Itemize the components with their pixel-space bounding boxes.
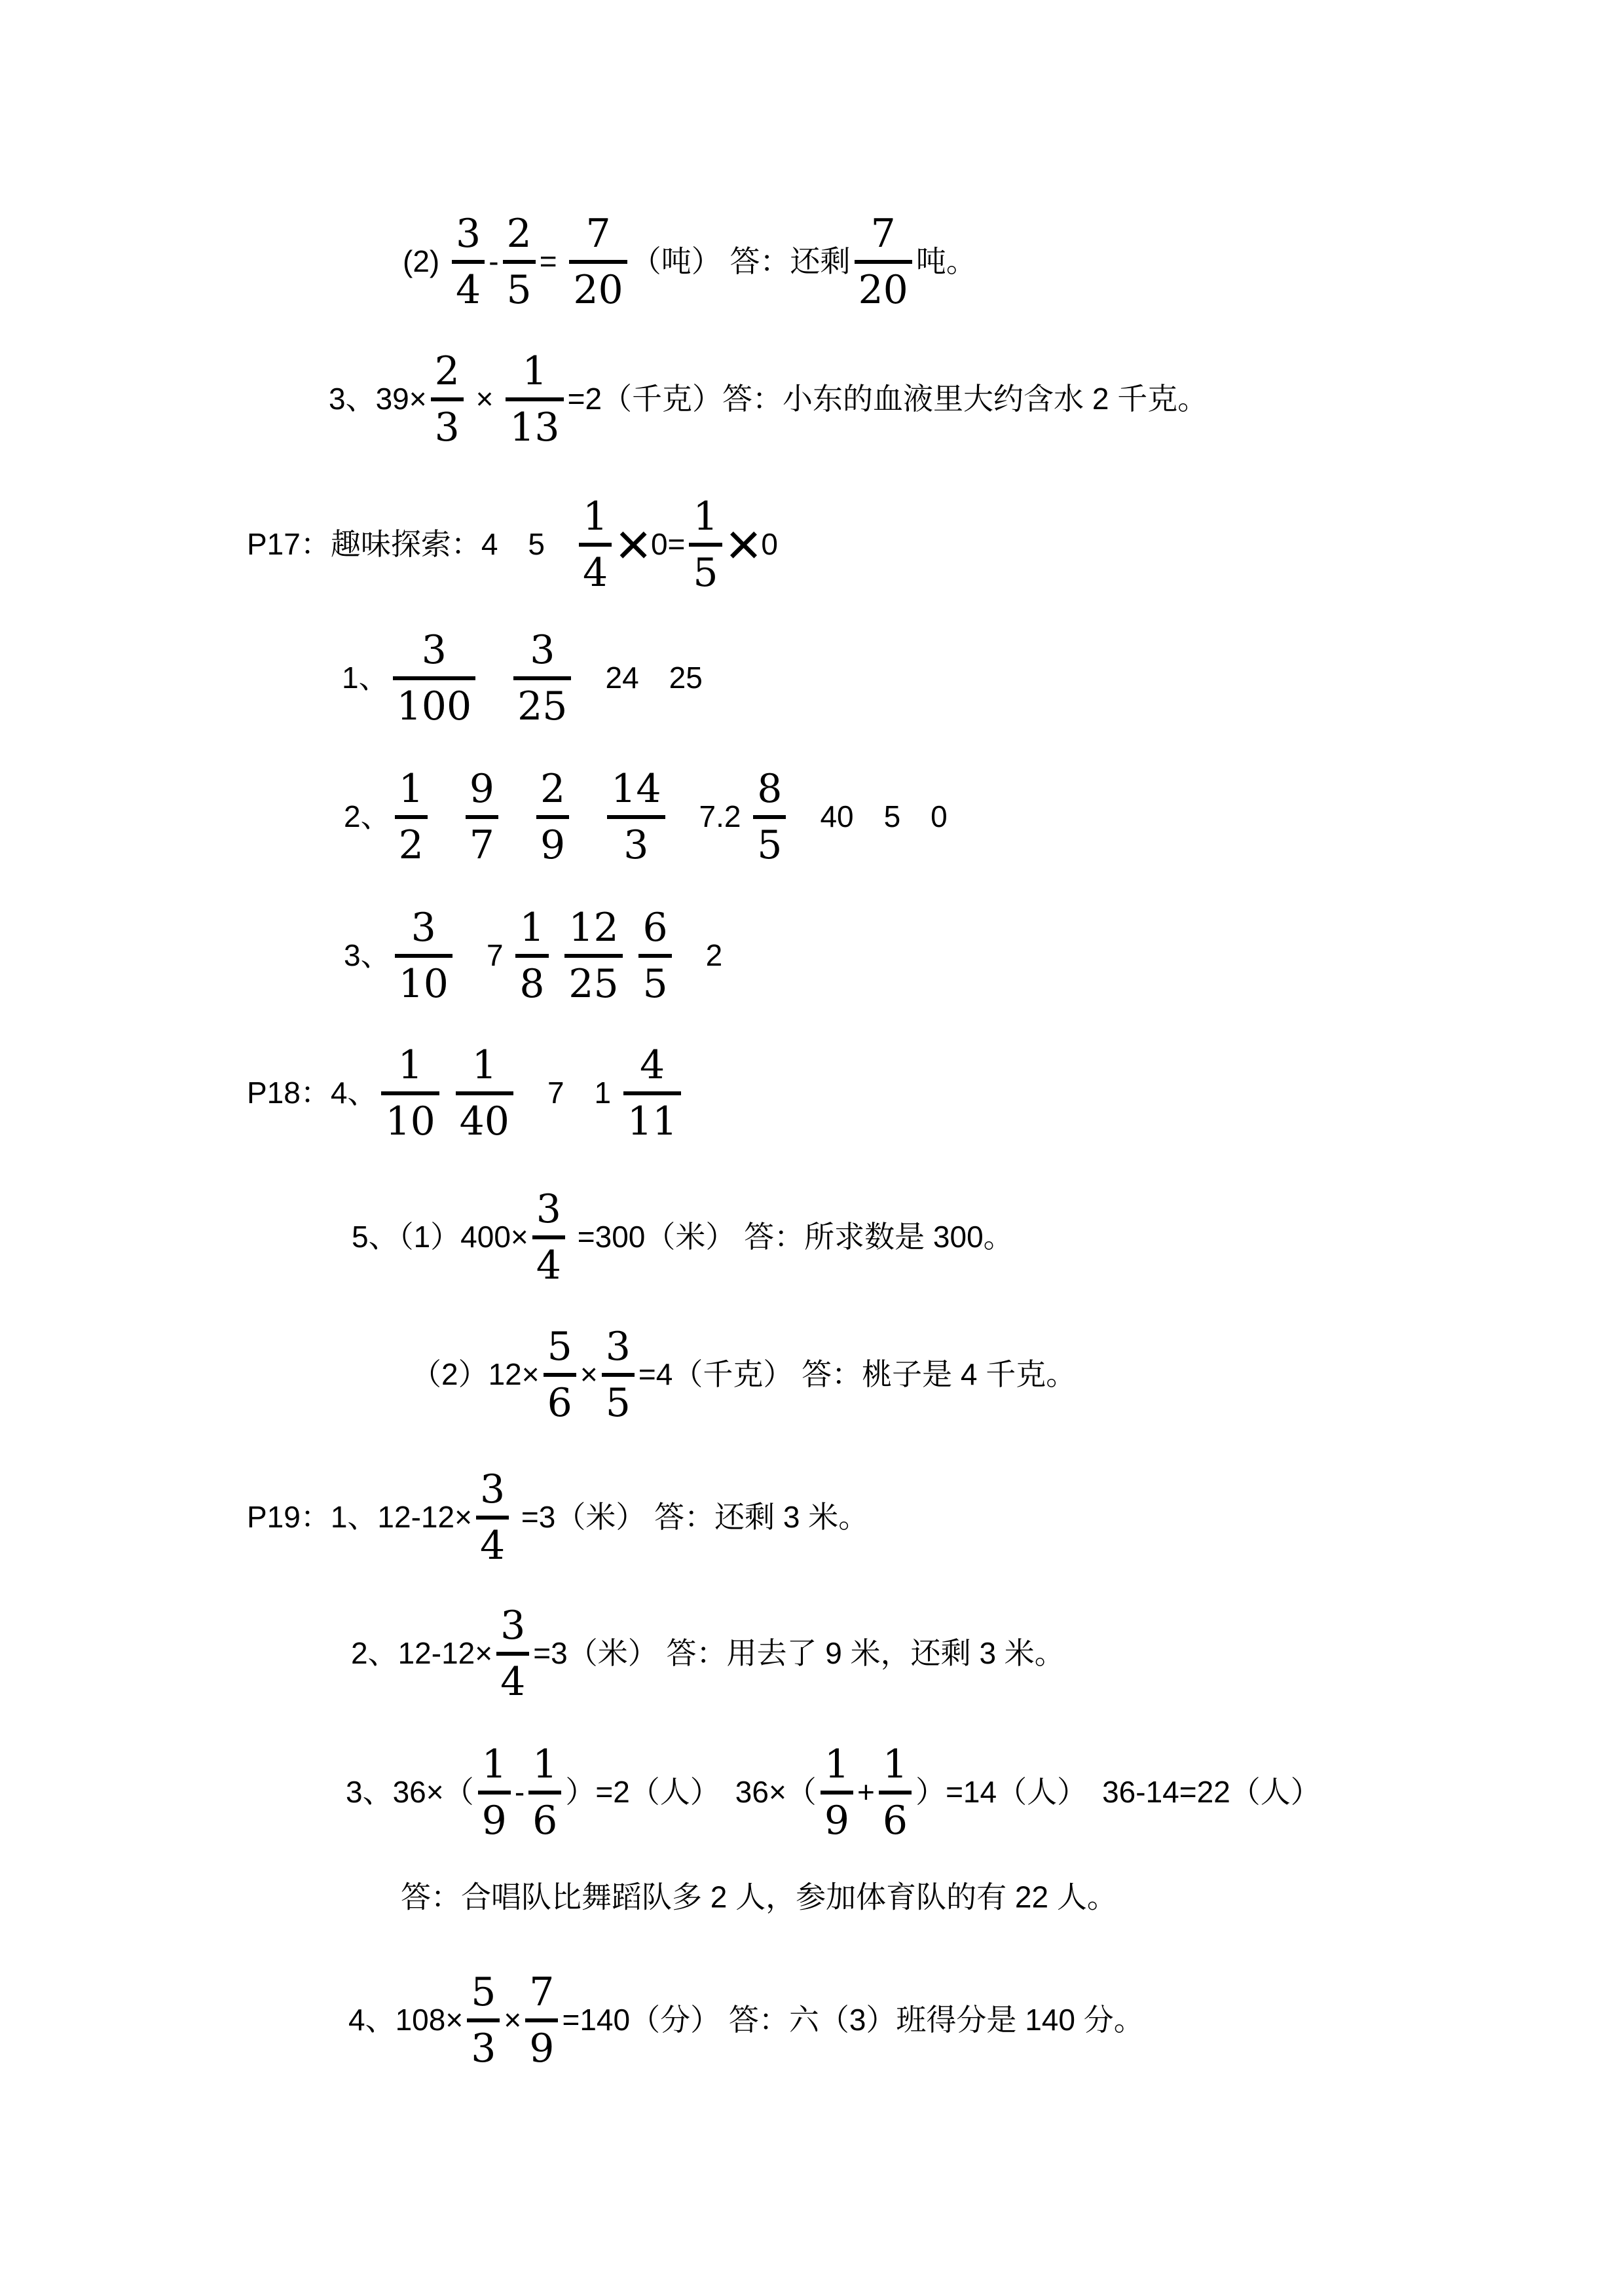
fraction-numerator: 3 xyxy=(526,630,559,676)
fraction-denominator: 7 xyxy=(466,819,498,865)
fraction-numerator: 1 xyxy=(689,497,722,543)
fraction: 310 xyxy=(395,908,452,1004)
fraction-denominator: 4 xyxy=(476,1520,509,1565)
text-run: 2、 xyxy=(344,798,391,836)
text-run: 24 25 xyxy=(575,659,702,697)
fraction-numerator: 12 xyxy=(564,908,622,954)
fraction-denominator: 10 xyxy=(395,958,452,1004)
p19-answer-4: 4、108×53×79=140（分） 答：六（3）班得分是 140 分。 xyxy=(348,1973,1144,2068)
fraction-numerator: 1 xyxy=(821,1745,853,1791)
text-run: 2、12-12× xyxy=(351,1635,492,1673)
fraction: 110 xyxy=(381,1046,439,1141)
text-run: 答：合唱队比舞蹈队多 2 人，参加体育队的有 22 人。 xyxy=(401,1878,1117,1916)
text-run xyxy=(553,937,561,975)
text-run: ）=14（人） 36-14=22（人） xyxy=(915,1774,1321,1812)
fraction-numerator: 1 xyxy=(518,352,551,397)
fraction-denominator: 3 xyxy=(467,2022,500,2068)
fraction-denominator: 25 xyxy=(564,958,622,1004)
p18-answer-4: P18：4、110 140 7 1 411 xyxy=(247,1046,685,1141)
fraction-denominator: 40 xyxy=(456,1095,513,1141)
p19-answer-1: P19：1、12-12×34 =3（米） 答：还剩 3 米。 xyxy=(247,1470,868,1565)
text-run: =4（千克） 答：桃子是 4 千克。 xyxy=(638,1356,1076,1394)
fraction: 143 xyxy=(607,769,665,865)
fraction-numerator: 7 xyxy=(867,214,900,260)
p17-answer-2: 2、12 97 29 143 7.2 85 40 5 0 xyxy=(344,769,948,865)
fraction-denominator: 100 xyxy=(393,680,476,726)
fraction: 19 xyxy=(821,1745,853,1840)
fraction: 34 xyxy=(532,1190,565,1285)
fraction: 79 xyxy=(525,1973,558,2068)
fraction-denominator: 8 xyxy=(515,958,548,1004)
fraction-numerator: 14 xyxy=(607,769,665,815)
fraction-denominator: 4 xyxy=(579,547,612,592)
fraction-numerator: 1 xyxy=(528,1745,561,1791)
fraction: 113 xyxy=(506,352,563,447)
fraction: 325 xyxy=(513,630,571,726)
fraction: 19 xyxy=(478,1745,511,1840)
fraction: 35 xyxy=(602,1327,635,1423)
fraction-numerator: 7 xyxy=(581,214,614,260)
fraction-numerator: 6 xyxy=(638,908,671,954)
fraction-denominator: 5 xyxy=(602,1377,635,1423)
fraction: 25 xyxy=(503,214,536,310)
text-run: + xyxy=(857,1774,875,1812)
text-run: 5、（1）400× xyxy=(352,1218,528,1256)
text-run: （2）12× xyxy=(411,1356,540,1394)
fraction-numerator: 1 xyxy=(515,908,548,954)
text-run xyxy=(573,798,603,836)
fraction-numerator: 2 xyxy=(431,352,464,397)
text-run: =2（千克）答：小东的血液里大约含水 2 千克。 xyxy=(568,380,1208,418)
p17-fun-exploration: P17：趣味探索：4 5 14×0=15×0 xyxy=(247,497,778,592)
p17-answer-1: 1、3100 325 24 25 xyxy=(342,630,703,726)
text-run: 2 xyxy=(676,937,723,975)
p17-answer-3: 3、310 7 18 1225 65 2 xyxy=(344,908,722,1004)
fraction-denominator: 9 xyxy=(536,819,569,865)
p16-answer-2: (2) 34-25= 720（吨） 答：还剩720吨。 xyxy=(403,214,976,310)
fraction-numerator: 5 xyxy=(544,1327,576,1373)
p16-answer-3: 3、39×23 × 113=2（千克）答：小东的血液里大约含水 2 千克。 xyxy=(329,352,1208,447)
text-run: =140（分） 答：六（3）班得分是 140 分。 xyxy=(562,2001,1143,2039)
fraction-numerator: 3 xyxy=(496,1606,529,1652)
fraction-denominator: 5 xyxy=(689,547,722,592)
big-multiply-sign: × xyxy=(616,515,651,575)
fraction-denominator: 20 xyxy=(569,264,627,310)
fraction-denominator: 4 xyxy=(532,1239,565,1285)
fraction-numerator: 4 xyxy=(636,1046,669,1091)
text-run: （吨） 答：还剩 xyxy=(631,243,851,281)
text-run: 3、39× xyxy=(329,380,427,418)
fraction-numerator: 7 xyxy=(525,1973,558,2018)
fraction-numerator: 3 xyxy=(532,1190,565,1235)
p19-answer-3: 3、36×（19-16）=2（人） 36×（19+16）=14（人） 36-14… xyxy=(346,1745,1321,1840)
fraction: 34 xyxy=(496,1606,529,1702)
fraction-denominator: 9 xyxy=(525,2022,558,2068)
fraction-numerator: 2 xyxy=(503,214,536,260)
fraction: 56 xyxy=(544,1327,576,1423)
fraction: 1225 xyxy=(564,908,622,1004)
text-run: × xyxy=(504,2001,521,2039)
p18-answer-5-2: （2）12×56×35=4（千克） 答：桃子是 4 千克。 xyxy=(411,1327,1076,1423)
text-run: P17：趣味探索：4 5 xyxy=(247,526,575,564)
text-run xyxy=(432,798,462,836)
text-run: P18：4、 xyxy=(247,1074,377,1112)
fraction: 720 xyxy=(855,214,912,310)
fraction-denominator: 10 xyxy=(381,1095,439,1141)
text-run: 7.2 xyxy=(669,798,750,836)
text-run: =3（米） 答：还剩 3 米。 xyxy=(513,1499,868,1537)
big-multiply-sign: × xyxy=(726,515,762,575)
fraction: 720 xyxy=(569,214,627,310)
text-run: P19：1、12-12× xyxy=(247,1499,472,1537)
text-run: - xyxy=(489,243,498,281)
fraction-denominator: 3 xyxy=(619,819,652,865)
text-run: =3（米） 答：用去了 9 米，还剩 3 米。 xyxy=(533,1635,1065,1673)
fraction-denominator: 25 xyxy=(513,680,571,726)
fraction-numerator: 2 xyxy=(536,769,569,815)
fraction-denominator: 2 xyxy=(395,819,428,865)
text-run xyxy=(627,937,635,975)
fraction-denominator: 4 xyxy=(452,264,485,310)
text-run: 3、36×（ xyxy=(346,1774,474,1812)
fraction: 12 xyxy=(395,769,428,865)
document-page: (2) 34-25= 720（吨） 答：还剩720吨。3、39×23 × 113… xyxy=(0,0,1624,2296)
fraction-denominator: 9 xyxy=(821,1795,853,1840)
fraction-numerator: 3 xyxy=(407,908,440,954)
fraction-denominator: 5 xyxy=(638,958,671,1004)
fraction-denominator: 13 xyxy=(506,401,563,447)
fraction: 85 xyxy=(753,769,786,865)
fraction: 97 xyxy=(466,769,498,865)
text-run xyxy=(479,659,509,697)
fraction-numerator: 1 xyxy=(579,497,612,543)
text-run: × xyxy=(468,380,502,418)
fraction: 34 xyxy=(452,214,485,310)
text-run: 7 xyxy=(456,937,511,975)
fraction-numerator: 3 xyxy=(452,214,485,260)
fraction-denominator: 6 xyxy=(528,1795,561,1840)
fraction: 53 xyxy=(467,1973,500,2068)
text-run: =300（米） 答：所求数是 300。 xyxy=(569,1218,1014,1256)
fraction-denominator: 9 xyxy=(478,1795,511,1840)
fraction: 411 xyxy=(623,1046,681,1141)
fraction-denominator: 5 xyxy=(753,819,786,865)
fraction: 29 xyxy=(536,769,569,865)
fraction: 34 xyxy=(476,1470,509,1565)
fraction: 3100 xyxy=(393,630,476,726)
text-run: 40 5 0 xyxy=(790,798,947,836)
text-run: 0 xyxy=(761,526,778,564)
fraction: 14 xyxy=(579,497,612,592)
fraction: 16 xyxy=(528,1745,561,1840)
fraction-numerator: 9 xyxy=(466,769,498,815)
text-run: 7 1 xyxy=(517,1074,619,1112)
fraction-numerator: 8 xyxy=(753,769,786,815)
text-run: 4、108× xyxy=(348,2001,463,2039)
fraction: 140 xyxy=(456,1046,513,1141)
fraction-numerator: 3 xyxy=(602,1327,635,1373)
fraction-denominator: 11 xyxy=(623,1095,681,1141)
fraction: 65 xyxy=(638,908,671,1004)
fraction-numerator: 3 xyxy=(418,630,451,676)
text-run: (2) xyxy=(403,243,448,281)
fraction: 18 xyxy=(515,908,548,1004)
fraction-denominator: 6 xyxy=(544,1377,576,1423)
fraction-denominator: 3 xyxy=(431,401,464,447)
fraction-numerator: 1 xyxy=(395,769,428,815)
fraction-numerator: 1 xyxy=(478,1745,511,1791)
p19-answer-3-text: 答：合唱队比舞蹈队多 2 人，参加体育队的有 22 人。 xyxy=(401,1878,1117,1916)
fraction-numerator: 1 xyxy=(394,1046,427,1091)
text-run: = xyxy=(540,243,566,281)
text-run: 吨。 xyxy=(916,243,976,281)
fraction-numerator: 5 xyxy=(467,1973,500,2018)
text-run xyxy=(443,1074,452,1112)
p19-answer-2: 2、12-12×34=3（米） 答：用去了 9 米，还剩 3 米。 xyxy=(351,1606,1065,1702)
fraction: 16 xyxy=(879,1745,912,1840)
fraction-denominator: 6 xyxy=(879,1795,912,1840)
fraction-numerator: 1 xyxy=(879,1745,912,1791)
text-run: 1、 xyxy=(342,659,389,697)
text-run: - xyxy=(515,1774,525,1812)
text-run: 3、 xyxy=(344,937,391,975)
fraction: 15 xyxy=(689,497,722,592)
fraction-denominator: 5 xyxy=(503,264,536,310)
fraction-denominator: 20 xyxy=(855,264,912,310)
fraction-numerator: 1 xyxy=(468,1046,501,1091)
text-run: × xyxy=(580,1356,598,1394)
fraction-denominator: 4 xyxy=(496,1656,529,1702)
fraction: 23 xyxy=(431,352,464,447)
p18-answer-5-1: 5、（1）400×34 =300（米） 答：所求数是 300。 xyxy=(352,1190,1014,1285)
text-run: 0= xyxy=(651,526,685,564)
text-run: ）=2（人） 36×（ xyxy=(565,1774,816,1812)
text-run xyxy=(502,798,532,836)
fraction-numerator: 3 xyxy=(476,1470,509,1516)
